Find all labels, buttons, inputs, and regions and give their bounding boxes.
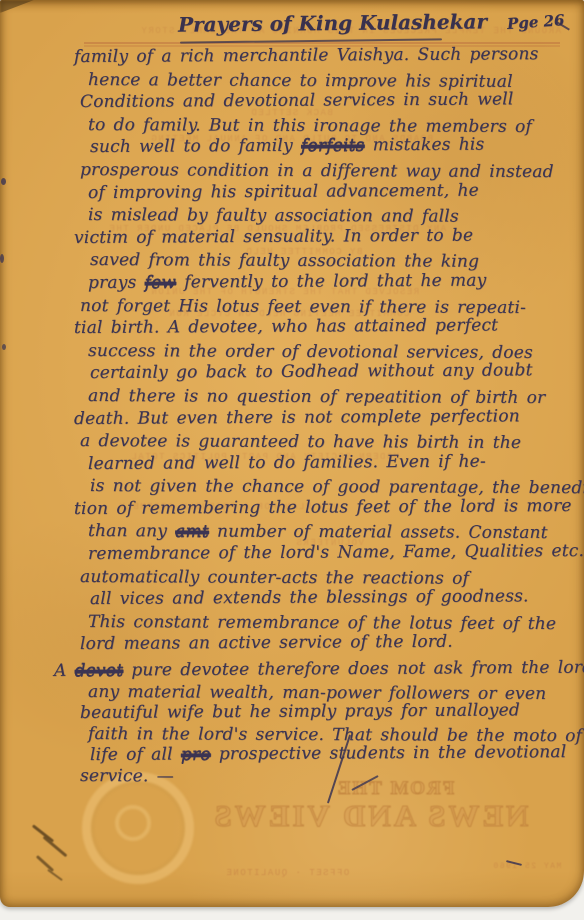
manuscript-body: family of a rich merchantile Vaishya. Su… — [88, 46, 574, 787]
bleedthrough-masthead-main: NEWS AND VIEWS — [200, 798, 540, 834]
manuscript-line: certainly go back to Godhead without any… — [90, 359, 574, 385]
ink-smudge — [47, 869, 63, 881]
manuscript-line: of improving his spiritual advancement, … — [88, 179, 574, 205]
paragraph-1: family of a rich merchantile Vaishya. Su… — [88, 46, 574, 656]
manuscript-line: tial birth. A devotee, who has attained … — [74, 314, 574, 340]
ink-smudge — [36, 855, 54, 872]
manuscript-line: Conditions and devotional services in su… — [80, 88, 574, 114]
manuscript-line: learned and well to do families. Even if… — [88, 450, 574, 476]
manuscript-line: prays few fervently to the lord that he … — [88, 269, 574, 295]
bleedthrough-footer-imprint: OFFSET · QUALITONE — [225, 868, 349, 878]
manuscript-line: remembrance of the lord's Name, Fame, Qu… — [88, 540, 574, 566]
paragraph-2: A devot pure devotee therefore does not … — [88, 661, 574, 787]
struck-out-word: devot — [75, 660, 124, 680]
scanned-manuscript-photo: { "page": { "title": "Prayers of King Ku… — [0, 0, 584, 920]
struck-out-word: forfeits — [301, 136, 365, 156]
ink-speck — [0, 254, 4, 263]
manuscript-line: all vices and extends the blessings of g… — [90, 585, 574, 611]
seal-stamp-inner-ring — [115, 805, 151, 841]
ink-speck — [2, 344, 6, 350]
manuscript-paper-sheet: AROUND THE TEMPLE PRECEDES IN THIS MORNI… — [0, 0, 584, 907]
manuscript-line: such well to do family forfeits mistakes… — [90, 133, 574, 159]
seal-stamp-ghost — [82, 772, 194, 884]
manuscript-line: victim of material sensuality. In order … — [74, 224, 574, 250]
ink-speck — [1, 178, 6, 185]
ink-smudge — [32, 824, 54, 842]
manuscript-line: service. — — [80, 766, 574, 789]
manuscript-line: A devot pure devotee therefore does not … — [28, 658, 574, 682]
manuscript-line: family of a rich merchantile Vaishya. Su… — [74, 43, 574, 69]
struck-out-word: few — [145, 272, 177, 292]
manuscript-line: lord means an active service of the lord… — [80, 630, 574, 656]
page-title: Prayers of King Kulashekar — [178, 9, 487, 36]
corner-shadow-mark — [0, 0, 34, 13]
manuscript-line: death. But even there is not complete pe… — [74, 404, 574, 430]
bleedthrough-date-stamp: MAY 25 1960 — [492, 862, 561, 871]
manuscript-line: beautiful wife but he simply prays for u… — [80, 700, 574, 724]
struck-out-word: amt — [175, 522, 209, 542]
struck-out-word: pro — [181, 744, 211, 764]
manuscript-line: life of all pro prospective students in … — [90, 742, 574, 766]
manuscript-line: tion of remembering the lotus feet of th… — [74, 495, 574, 521]
ink-smudge — [43, 836, 68, 858]
